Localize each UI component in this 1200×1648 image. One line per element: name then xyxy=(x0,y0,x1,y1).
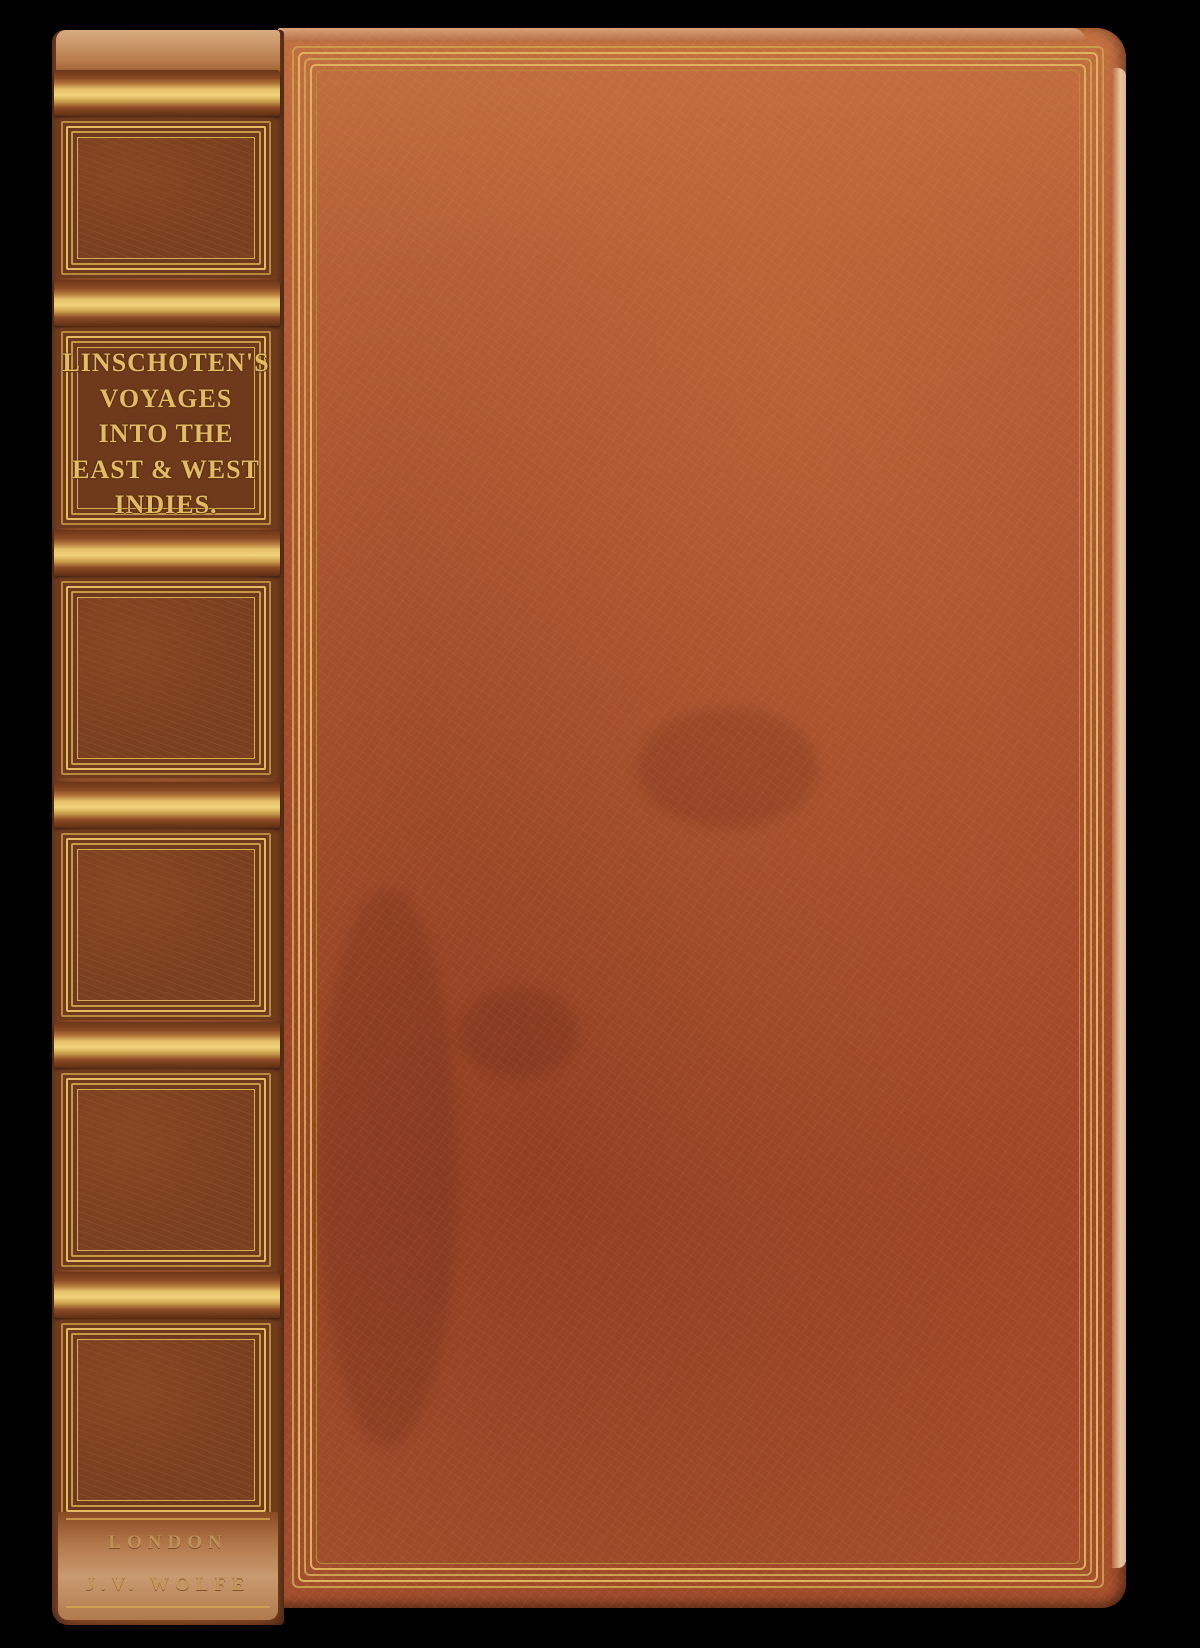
raised-band xyxy=(54,280,280,326)
spine-panel xyxy=(58,1320,274,1520)
leather-stain xyxy=(318,888,458,1448)
spine-title: LINSCHOTEN'S VOYAGES INTO THE EAST & WES… xyxy=(64,350,268,518)
imprint-publisher: J.V. WOLFE xyxy=(85,1574,250,1596)
spine-panel xyxy=(58,118,274,278)
imprint-place: LONDON xyxy=(108,1532,227,1554)
raised-band xyxy=(54,1022,280,1068)
raised-band xyxy=(54,530,280,576)
raised-band xyxy=(54,70,280,116)
spine-tail-imprint: LONDON J.V. WOLFE xyxy=(58,1512,278,1620)
leather-stain xyxy=(638,708,818,828)
book-spine: LINSCHOTEN'S VOYAGES INTO THE EAST & WES… xyxy=(52,30,284,1625)
raised-band xyxy=(54,782,280,828)
cover-top-edge xyxy=(278,28,1086,42)
raised-band xyxy=(54,1272,280,1318)
page-block-edge xyxy=(1112,68,1126,1568)
title-label-panel: LINSCHOTEN'S VOYAGES INTO THE EAST & WES… xyxy=(58,328,274,528)
spine-panel xyxy=(58,578,274,778)
spine-panel xyxy=(58,1070,274,1270)
spine-panel xyxy=(58,830,274,1020)
book-front-cover xyxy=(278,28,1126,1608)
leather-stain xyxy=(458,988,578,1078)
